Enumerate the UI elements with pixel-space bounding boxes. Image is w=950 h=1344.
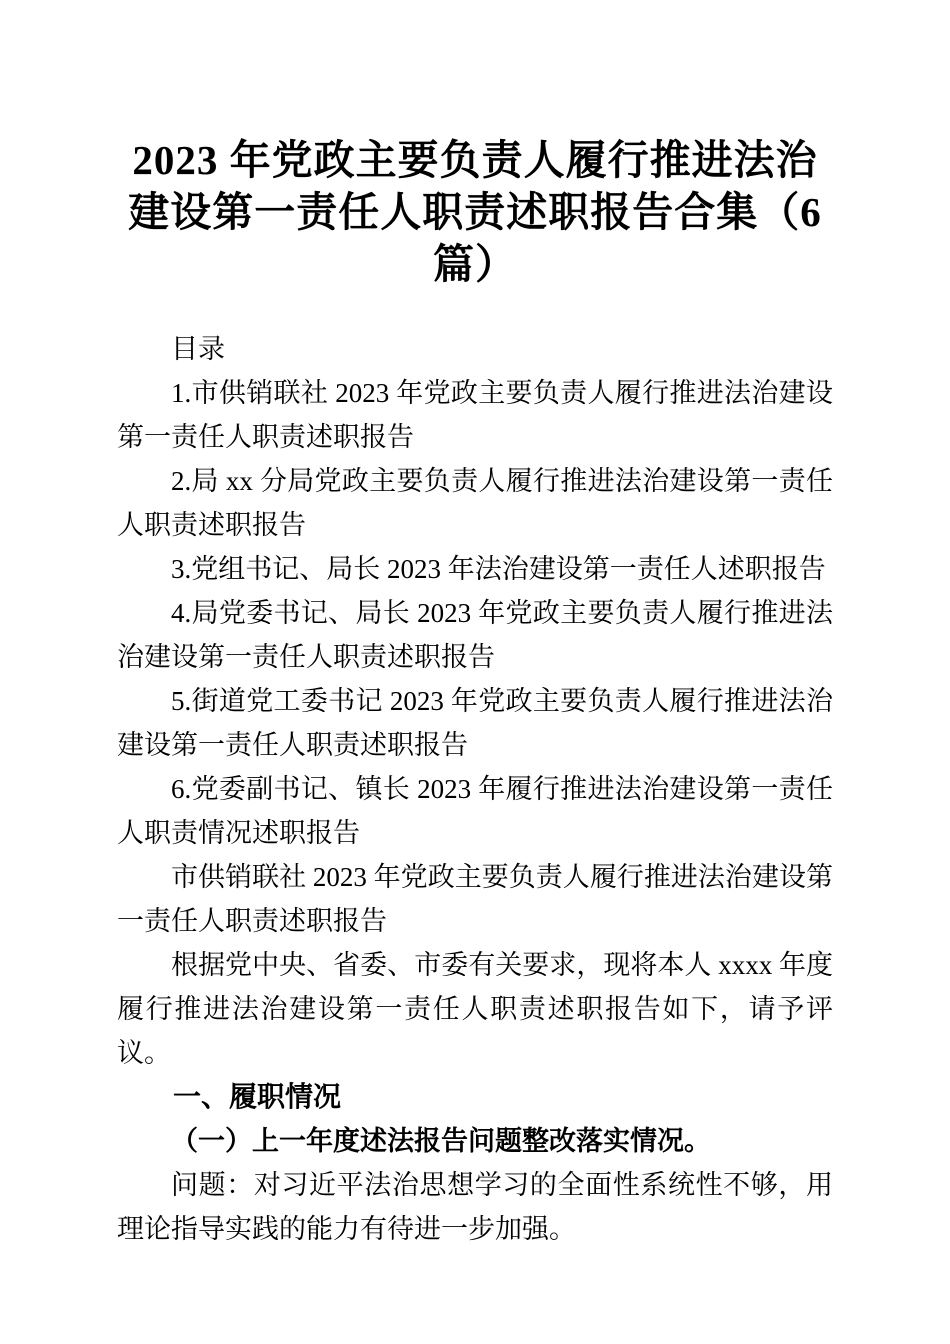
report-problem-paragraph: 问题：对习近平法治思想学习的全面性系统性不够，用理论指导实践的能力有待进一步加强… bbox=[117, 1163, 833, 1251]
report-intro-paragraph: 根据党中央、省委、市委有关要求，现将本人 xxxx 年度履行推进法治建设第一责任… bbox=[117, 943, 833, 1075]
report-subheading-rectification: （一）上一年度述法报告问题整改落实情况。 bbox=[117, 1119, 833, 1163]
toc-item-4: 4.局党委书记、局长 2023 年党政主要负责人履行推进法治建设第一责任人职责述… bbox=[117, 591, 833, 679]
document-title: 2023 年党政主要负责人履行推进法治建设第一责任人职责述职报告合集（6 篇） bbox=[117, 134, 833, 290]
report-section-title: 市供销联社 2023 年党政主要负责人履行推进法治建设第一责任人职责述职报告 bbox=[117, 855, 833, 943]
report-heading-performance: 一、履职情况 bbox=[117, 1075, 833, 1119]
toc-item-5: 5.街道党工委书记 2023 年党政主要负责人履行推进法治建设第一责任人职责述职… bbox=[117, 679, 833, 767]
document-page: 2023 年党政主要负责人履行推进法治建设第一责任人职责述职报告合集（6 篇） … bbox=[0, 0, 950, 1344]
toc-item-2: 2.局 xx 分局党政主要负责人履行推进法治建设第一责任人职责述职报告 bbox=[117, 459, 833, 547]
toc-item-6: 6.党委副书记、镇长 2023 年履行推进法治建设第一责任人职责情况述职报告 bbox=[117, 767, 833, 855]
toc-item-3: 3.党组书记、局长 2023 年法治建设第一责任人述职报告 bbox=[117, 547, 833, 591]
toc-heading: 目录 bbox=[117, 327, 833, 371]
toc-item-1: 1.市供销联社 2023 年党政主要负责人履行推进法治建设第一责任人职责述职报告 bbox=[117, 371, 833, 459]
